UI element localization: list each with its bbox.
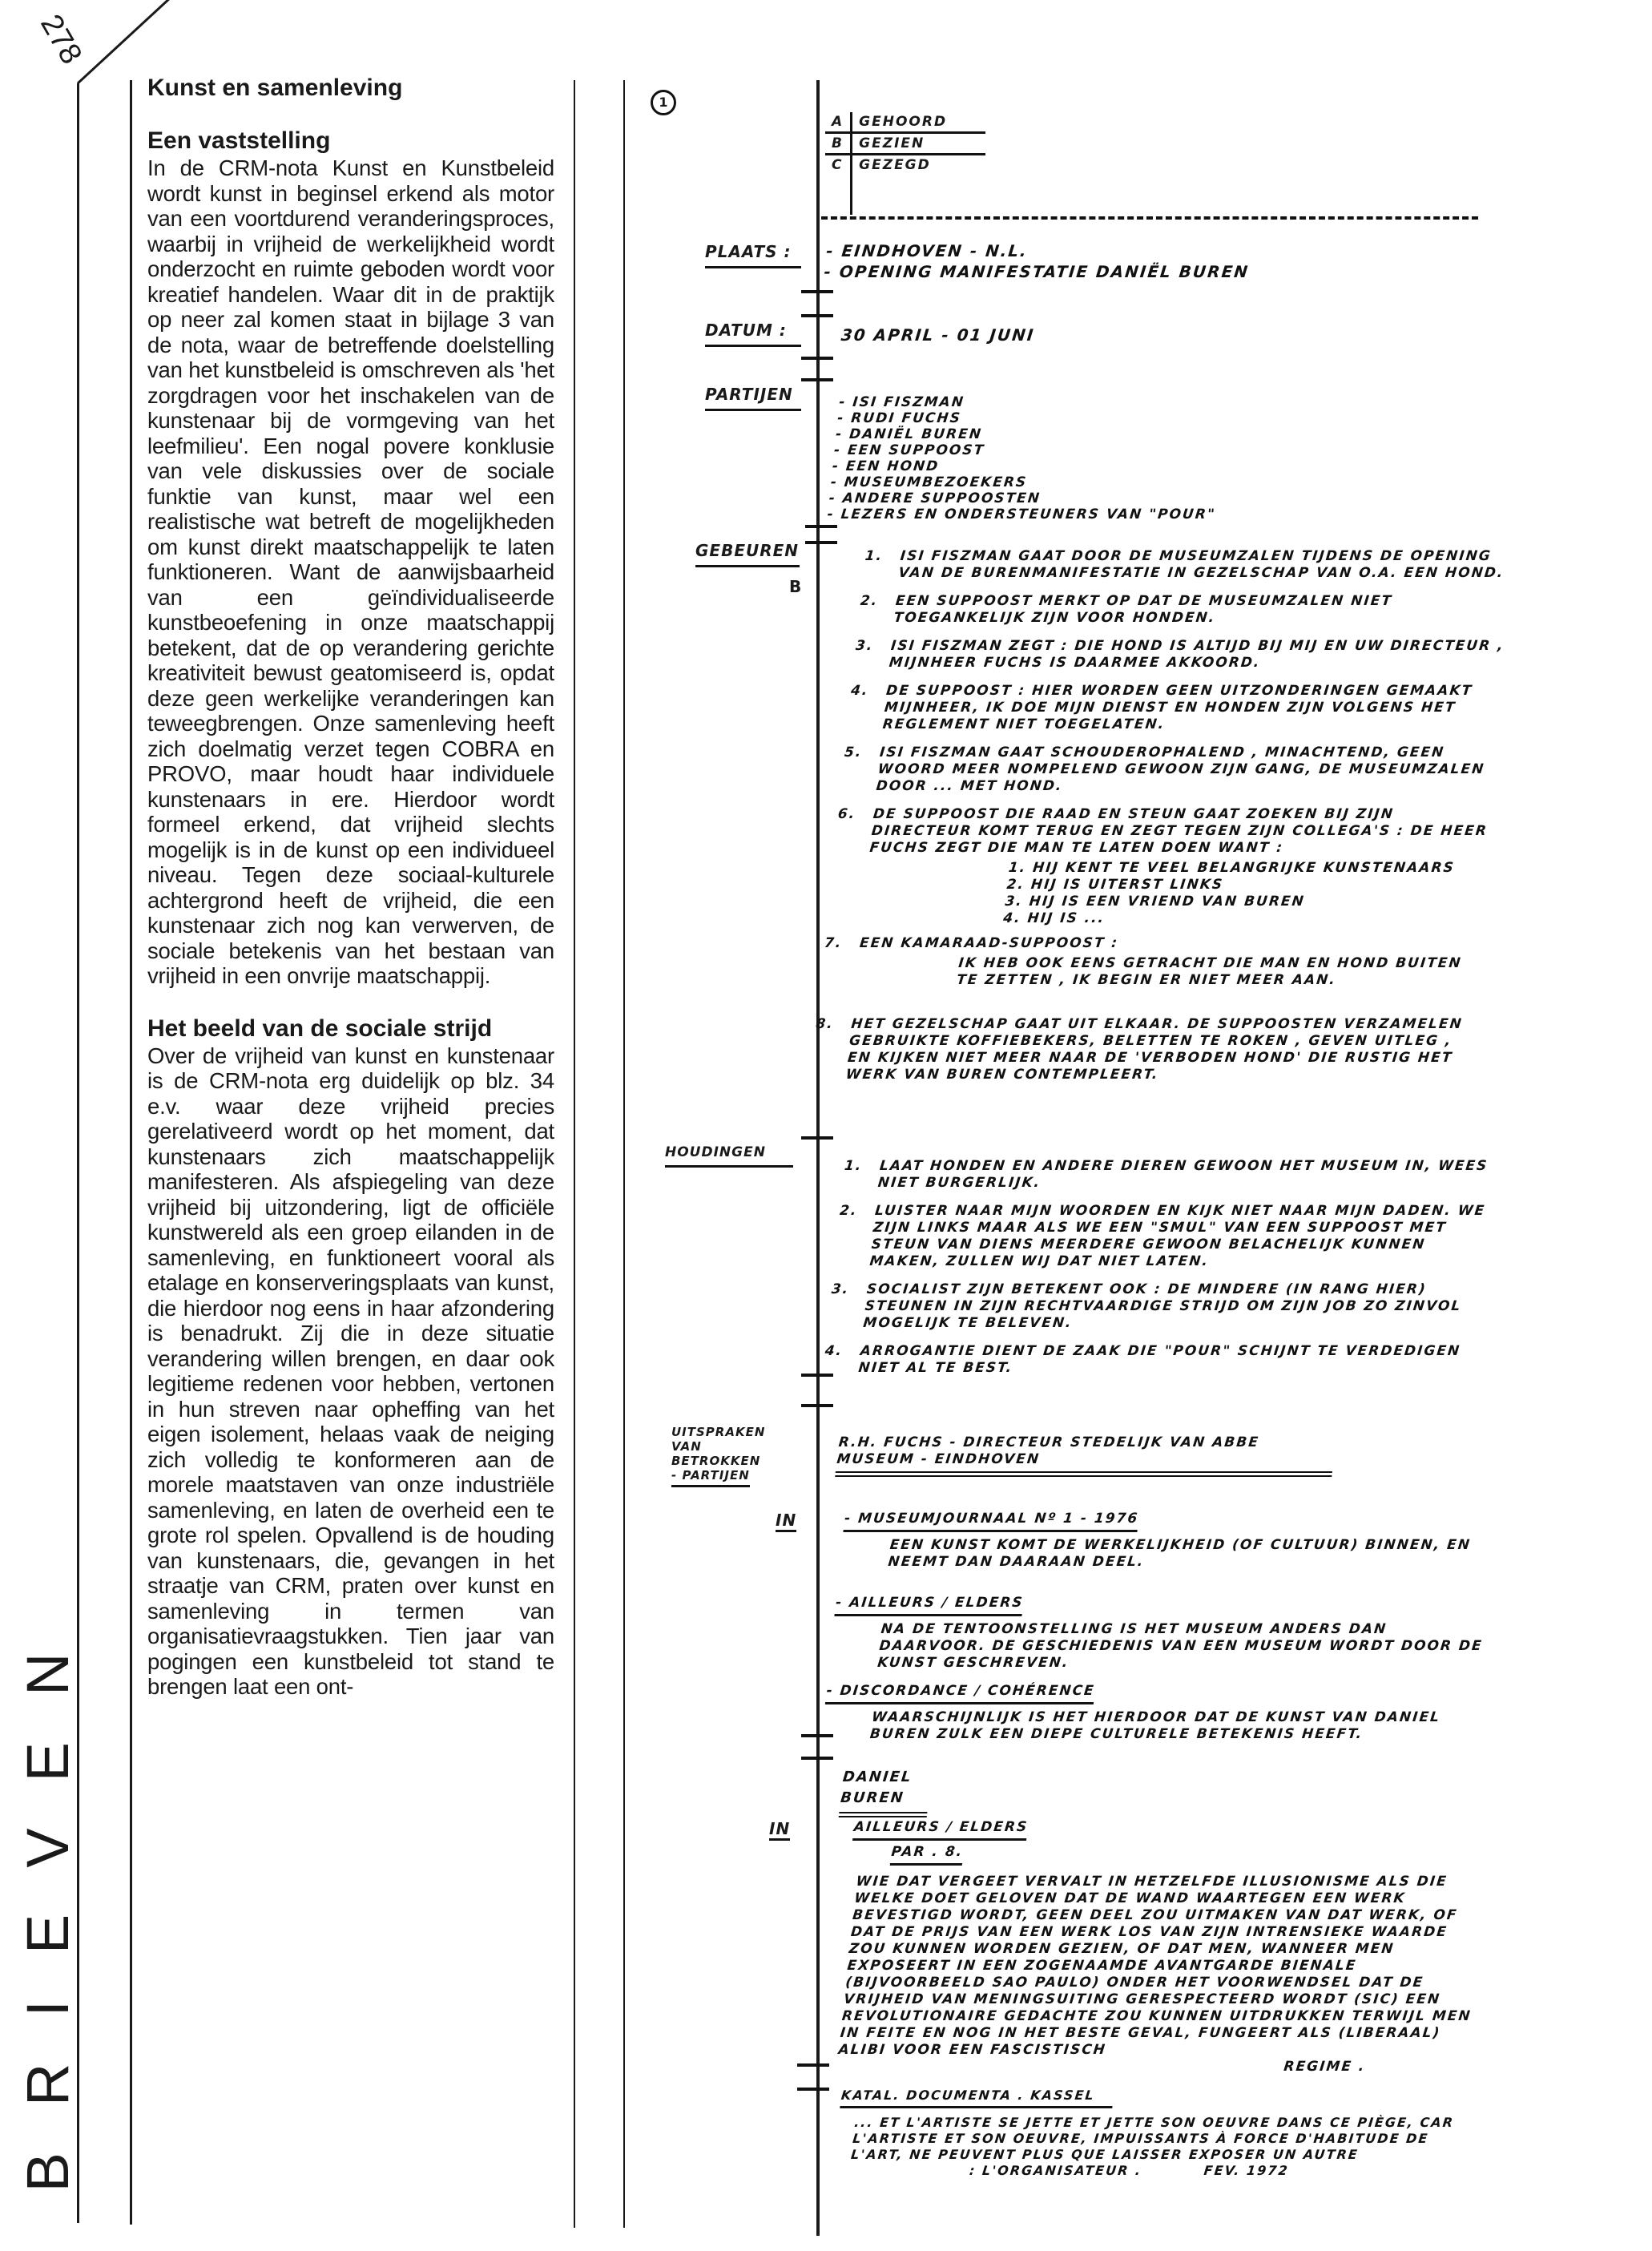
label-gebeuren-sub: B xyxy=(789,577,802,596)
legend-value: GEZIEN xyxy=(852,133,986,155)
timeline-tick xyxy=(801,290,833,293)
party-item: - EEN SUPPOOST xyxy=(833,442,1223,458)
source-quote: WIE DAT VERGEET VERVALT IN HETZELFDE ILL… xyxy=(829,1874,1489,2059)
timeline-tick xyxy=(801,1734,833,1737)
event-number: 4. xyxy=(847,683,888,733)
column-divider-right xyxy=(623,80,625,2228)
dashed-separator xyxy=(821,216,1478,220)
event-text: DE SUPPOOST DIE RAAD EN STEUN GAAT ZOEKE… xyxy=(868,806,1496,857)
event-text: ISI FISZMAN GAAT DOOR DE MUSEUMZALEN TIJ… xyxy=(897,548,1522,582)
uitspraken-label-line: UITSPRAKEN xyxy=(671,1425,765,1439)
legend-row: B GEZIEN xyxy=(825,133,985,155)
event-number: 2. xyxy=(858,593,897,627)
party-item: - RUDI FUCHS xyxy=(836,410,1227,426)
source-quote-end: REGIME . xyxy=(828,2059,1470,2076)
event-subitem: 2. HIJ IS UITERST LINKS xyxy=(1006,877,1489,894)
attitude-item: 3.SOCIALIST ZIJN BETEKENT OOK : DE MINDE… xyxy=(827,1281,1489,1332)
timeline-tick xyxy=(797,2063,829,2067)
timeline-tick xyxy=(805,525,837,528)
party-item: - ISI FISZMAN xyxy=(838,394,1228,410)
houdingen-list: 1.LAAT HONDEN EN ANDERE DIEREN GEWOON HE… xyxy=(821,1158,1502,1388)
label-gebeuren: GEBEUREN xyxy=(695,541,800,567)
event-number: 3. xyxy=(853,638,892,672)
event-quote: IK HEB OOK EENS GETRACHT DIE MAN EN HOND… xyxy=(820,955,1480,989)
datum-value: 30 APRIL - 01 JUNI xyxy=(840,325,1036,345)
attitude-item: 4.ARROGANTIE DIENT DE ZAAK DIE "POUR" SC… xyxy=(822,1343,1482,1377)
event-item: 1.ISI FISZMAN GAAT DOOR DE MUSEUMZALEN T… xyxy=(862,548,1522,582)
quote-date: FEV. 1972 xyxy=(1203,2163,1290,2178)
attitude-number: 4. xyxy=(822,1343,860,1377)
party-item: - ANDERE SUPPOOSTEN xyxy=(828,490,1219,506)
catalog-title: KATAL. DOCUMENTA . KASSEL xyxy=(840,2088,1114,2108)
article-title: Kunst en samenleving xyxy=(147,74,554,103)
buren-source: AILLEURS / ELDERS PAR . 8. WIE DAT VERGE… xyxy=(828,1819,1496,2076)
label-plaats: PLAATS : xyxy=(705,242,801,268)
section-heading: Het beeld van de sociale strijd xyxy=(147,1015,554,1043)
gebeuren-list: 1.ISI FISZMAN GAAT DOOR DE MUSEUMZALEN T… xyxy=(808,548,1523,1095)
party-item: - MUSEUMBEZOEKERS xyxy=(830,474,1220,490)
attitude-number: 1. xyxy=(842,1158,880,1192)
event-number: 7. xyxy=(824,935,860,952)
uitspraken-label-line: VAN xyxy=(671,1439,765,1454)
section-body: In de CRM-nota Kunst en Kunstbeleid word… xyxy=(147,155,554,989)
speaker-fuchs: R.H. FUCHS - DIRECTEUR STEDELIJK VAN ABB… xyxy=(835,1434,1497,1477)
column-divider-left xyxy=(574,80,575,2228)
label-partijen: PARTIJEN xyxy=(705,385,801,411)
event-text: ISI FISZMAN GAAT SCHOUDEROPHALEND , MINA… xyxy=(875,744,1502,795)
attitude-text: SOCIALIST ZIJN BETEKENT OOK : DE MINDERE… xyxy=(862,1281,1489,1332)
label-in: IN xyxy=(769,1819,790,1841)
speaker-name: R.H. FUCHS - DIRECTEUR STEDELIJK VAN ABB… xyxy=(835,1434,1336,1477)
figure-number-badge: 1 xyxy=(651,90,676,115)
event-subitem: 3. HIJ IS EEN VRIEND VAN BUREN xyxy=(1004,894,1486,910)
source-title: - MUSEUMJOURNAAL Nº 1 - 1976 xyxy=(843,1511,1139,1532)
attitude-item: 2.LUISTER NAAR MIJN WOORDEN EN KIJK NIET… xyxy=(833,1203,1497,1270)
source-title: - DISCORDANCE / COHÉRENCE xyxy=(825,1683,1096,1704)
uitspraken-label-line: - PARTIJEN xyxy=(671,1468,750,1487)
margin-line-inner xyxy=(130,80,132,2225)
fuchs-sources: - MUSEUMJOURNAAL Nº 1 - 1976 EEN KUNST K… xyxy=(821,1511,1502,1743)
source-quote: EEN KUNST KOMT DE WERKELIJKHEID (OF CULT… xyxy=(839,1537,1499,1571)
event-text: DE SUPPOOST : HIER WORDEN GEEN UITZONDER… xyxy=(882,683,1509,733)
party-item: - LEZERS EN ONDERSTEUNERS VAN "POUR" xyxy=(827,506,1217,522)
party-item: - EEN HOND xyxy=(832,458,1222,474)
event-number: 6. xyxy=(833,806,874,857)
source-quote: NA DE TENTOONSTELLING IS HET MUSEUM ANDE… xyxy=(828,1621,1491,1672)
event-item: 5.ISI FISZMAN GAAT SCHOUDEROPHALEND , MI… xyxy=(840,744,1502,795)
attitude-text: LUISTER NAAR MIJN WOORDEN EN KIJK NIET N… xyxy=(868,1203,1497,1270)
label-datum: DATUM : xyxy=(705,321,801,347)
timeline-tick xyxy=(801,1757,833,1760)
plaats-values: - EINDHOVEN - N.L. - OPENING MANIFESTATI… xyxy=(823,240,1252,282)
section-label-brieven: BRIEVEN xyxy=(16,1563,80,2236)
label-houdingen: HOUDINGEN xyxy=(665,1144,793,1168)
attitude-number: 3. xyxy=(827,1281,868,1332)
timeline-tick xyxy=(801,314,833,317)
event-item: 2.EEN SUPPOOST MERKT OP DAT DE MUSEUMZAL… xyxy=(858,593,1518,627)
event-text: EEN KAMARAAD-SUPPOOST : xyxy=(859,935,1119,952)
event-subitem: 4. HIJ IS ... xyxy=(1002,910,1485,927)
speaker-buren: DANIEL BUREN xyxy=(839,1767,933,1817)
event-subitems: 1. HIJ KENT TE VEEL BELANGRIJKE KUNSTENA… xyxy=(826,860,1490,927)
attitude-item: 1.LAAT HONDEN EN ANDERE DIEREN GEWOON HE… xyxy=(842,1158,1502,1192)
french-quote: ... ET L'ARTISTE SE JETTE ET JETTE SON O… xyxy=(834,2115,1480,2163)
plaats-line: - EINDHOVEN - N.L. xyxy=(825,240,1252,261)
uitspraken-label-line: BETROKKEN xyxy=(671,1454,765,1468)
plaats-line: - OPENING MANIFESTATIE DANIËL BUREN xyxy=(823,261,1250,282)
source-title: AILLEURS / ELDERS xyxy=(852,1819,1029,1841)
label-in: IN xyxy=(776,1511,796,1532)
legend-value: GEHOORD xyxy=(852,112,986,133)
legend-key: B xyxy=(825,133,852,155)
source-paragraph: PAR . 8. xyxy=(890,1844,965,1866)
article-column: Kunst en samenleving Een vaststelling In… xyxy=(147,74,554,1700)
label-uitspraken: UITSPRAKEN VAN BETROKKEN - PARTIJEN xyxy=(671,1425,765,1487)
attitude-text: LAAT HONDEN EN ANDERE DIEREN GEWOON HET … xyxy=(877,1158,1502,1192)
timeline-axis xyxy=(816,80,820,2236)
event-item: 6.DE SUPPOOST DIE RAAD EN STEUN GAAT ZOE… xyxy=(833,806,1496,857)
timeline-tick xyxy=(801,1136,833,1140)
event-text: HET GEZELSCHAP GAAT UIT ELKAAR. DE SUPPO… xyxy=(845,1016,1474,1083)
timeline-tick xyxy=(801,1374,833,1377)
event-number: 5. xyxy=(840,744,880,795)
event-item: 4.DE SUPPOOST : HIER WORDEN GEEN UITZOND… xyxy=(847,683,1509,733)
party-item: - DANIËL BUREN xyxy=(835,426,1225,442)
attitude-text: ARROGANTIE DIENT DE ZAAK DIE "POUR" SCHI… xyxy=(857,1343,1482,1377)
event-text: ISI FISZMAN ZEGT : DIE HOND IS ALTIJD BI… xyxy=(888,638,1513,672)
partijen-list: - ISI FISZMAN - RUDI FUCHS - DANIËL BURE… xyxy=(827,394,1229,522)
legend-row: C GEZEGD xyxy=(825,155,985,216)
event-item: 7.EEN KAMARAAD-SUPPOOST : xyxy=(824,935,1482,952)
legend-key: A xyxy=(825,112,852,133)
timeline-tick xyxy=(801,378,833,381)
quote-attribution: : L'ORGANISATEUR . xyxy=(969,2163,1142,2178)
legend: A GEHOORD B GEZIEN C GEZEGD xyxy=(825,112,985,215)
timeline-tick xyxy=(801,357,833,360)
section-heading: Een vaststelling xyxy=(147,127,554,155)
event-item: 8.HET GEZELSCHAP GAAT UIT ELKAAR. DE SUP… xyxy=(810,1016,1474,1083)
source-title: - AILLEURS / ELDERS xyxy=(834,1595,1024,1616)
legend-row: A GEHOORD xyxy=(825,112,985,133)
timeline-tick xyxy=(805,541,837,544)
timeline-tick xyxy=(797,2088,829,2091)
section-body: Over de vrijheid van kunst en kunstenaar… xyxy=(147,1043,554,1700)
event-item: 3.ISI FISZMAN ZEGT : DIE HOND IS ALTIJD … xyxy=(853,638,1513,672)
event-number: 1. xyxy=(862,548,901,582)
speaker-name: DANIEL BUREN xyxy=(839,1767,933,1817)
event-text: EEN SUPPOOST MERKT OP DAT DE MUSEUMZALEN… xyxy=(893,593,1518,627)
timeline-tick xyxy=(801,1404,833,1407)
source-quote: WAARSCHIJNLIJK IS HET HIERDOOR DAT DE KU… xyxy=(821,1709,1481,1743)
event-subitem: 1. HIJ KENT TE VEEL BELANGRIJKE KUNSTENA… xyxy=(1008,860,1490,877)
legend-value: GEZEGD xyxy=(852,155,986,216)
legend-key: C xyxy=(825,155,852,216)
documenta-source: KATAL. DOCUMENTA . KASSEL ... ET L'ARTIS… xyxy=(832,2088,1483,2179)
